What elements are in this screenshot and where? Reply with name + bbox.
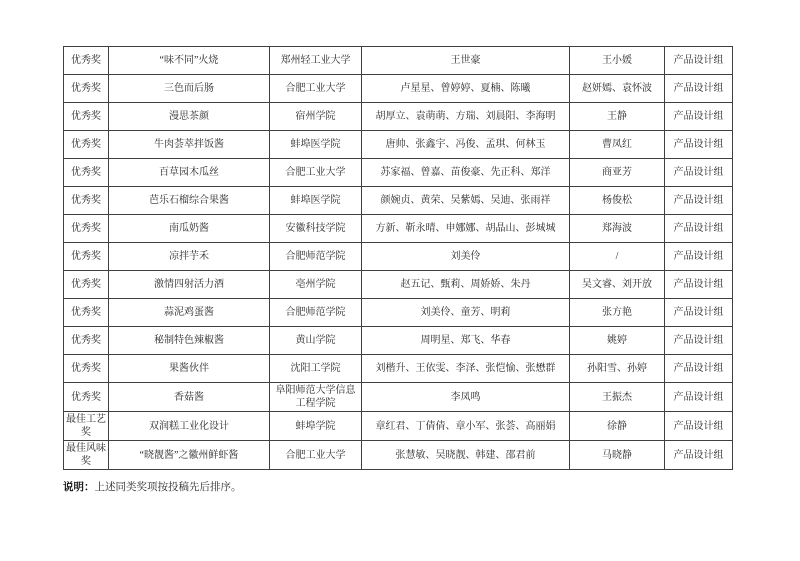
- cell-members: 胡厚立、袁萌萌、方瑞、刘晨阳、李海明: [362, 103, 570, 131]
- cell-group: 产品设计组: [665, 299, 733, 327]
- cell-award: 优秀奖: [64, 131, 109, 159]
- table-row: 优秀奖凉拌芋禾合肥师范学院刘美伶/产品设计组: [64, 243, 733, 271]
- cell-group: 产品设计组: [665, 441, 733, 470]
- cell-award: 优秀奖: [64, 215, 109, 243]
- cell-group: 产品设计组: [665, 243, 733, 271]
- cell-award: 优秀奖: [64, 327, 109, 355]
- cell-university: 合肥师范学院: [270, 299, 362, 327]
- cell-product: 凉拌芋禾: [109, 243, 270, 271]
- cell-award: 最佳工艺奖: [64, 412, 109, 441]
- cell-product: 芭乐石榴综合果酱: [109, 187, 270, 215]
- cell-members: 刘美伶: [362, 243, 570, 271]
- document-page: 优秀奖“味不同”火烧郑州轻工业大学王世豪王小媛产品设计组优秀奖三色而后肠合肥工业…: [0, 0, 800, 561]
- cell-group: 产品设计组: [665, 271, 733, 299]
- cell-advisors: 姚婷: [570, 327, 665, 355]
- cell-product: 漫思茶颜: [109, 103, 270, 131]
- cell-product: “晓靓酱”之徽州鲜虾酱: [109, 441, 270, 470]
- cell-award: 优秀奖: [64, 243, 109, 271]
- table-row: 优秀奖蒜泥鸡蛋酱合肥师范学院刘美伶、童芳、明莉张方艳产品设计组: [64, 299, 733, 327]
- cell-members: 苏家福、曾嘉、苗俊豪、先正科、郑洋: [362, 159, 570, 187]
- cell-advisors: 孙阳雪、孙婷: [570, 355, 665, 383]
- table-row: 优秀奖秘制特色辣椒酱黄山学院周明星、郑飞、华春姚婷产品设计组: [64, 327, 733, 355]
- cell-product: 南瓜奶酱: [109, 215, 270, 243]
- cell-members: 刘美伶、童芳、明莉: [362, 299, 570, 327]
- cell-award: 优秀奖: [64, 299, 109, 327]
- cell-university: 黄山学院: [270, 327, 362, 355]
- note: 说明：上述同类奖项按投稿先后排序。: [63, 481, 242, 495]
- note-text: 上述同类奖项按投稿先后排序。: [95, 482, 242, 493]
- cell-members: 颜婉贞、黄荣、吴紫嫣、吴迪、张雨祥: [362, 187, 570, 215]
- cell-members: 张慧敏、吴晓靓、韩建、邵君前: [362, 441, 570, 470]
- cell-university: 亳州学院: [270, 271, 362, 299]
- awards-table: 优秀奖“味不同”火烧郑州轻工业大学王世豪王小媛产品设计组优秀奖三色而后肠合肥工业…: [63, 46, 733, 470]
- cell-group: 产品设计组: [665, 103, 733, 131]
- cell-product: 牛肉荟萃拌饭酱: [109, 131, 270, 159]
- cell-members: 卢星星、曾婷婷、夏楠、陈曦: [362, 75, 570, 103]
- cell-university: 宿州学院: [270, 103, 362, 131]
- table-row: 优秀奖“味不同”火烧郑州轻工业大学王世豪王小媛产品设计组: [64, 47, 733, 75]
- cell-university: 合肥工业大学: [270, 159, 362, 187]
- cell-university: 沈阳工学院: [270, 355, 362, 383]
- cell-product: 果酱伙伴: [109, 355, 270, 383]
- cell-product: 双润糕工业化设计: [109, 412, 270, 441]
- cell-members: 方新、靳永晴、申娜娜、胡晶山、彭城城: [362, 215, 570, 243]
- cell-product: 激情四射活力酒: [109, 271, 270, 299]
- cell-product: 三色而后肠: [109, 75, 270, 103]
- cell-advisors: 王小媛: [570, 47, 665, 75]
- cell-product: 百草园木瓜丝: [109, 159, 270, 187]
- cell-advisors: /: [570, 243, 665, 271]
- cell-advisors: 王振杰: [570, 383, 665, 412]
- cell-award: 优秀奖: [64, 271, 109, 299]
- cell-group: 产品设计组: [665, 159, 733, 187]
- table-row: 优秀奖牛肉荟萃拌饭酱蚌埠医学院唐帅、张鑫宇、冯俊、孟琪、何林玉曹凤红产品设计组: [64, 131, 733, 159]
- table-row: 优秀奖激情四射活力酒亳州学院赵五记、甄莉、周娇娇、朱丹吴文睿、刘开放产品设计组: [64, 271, 733, 299]
- cell-university: 合肥师范学院: [270, 243, 362, 271]
- cell-group: 产品设计组: [665, 75, 733, 103]
- cell-group: 产品设计组: [665, 215, 733, 243]
- cell-award: 优秀奖: [64, 187, 109, 215]
- table-row: 最佳工艺奖双润糕工业化设计蚌埠学院章红君、丁倩倩、章小军、张荟、高丽娟徐静产品设…: [64, 412, 733, 441]
- cell-award: 优秀奖: [64, 159, 109, 187]
- cell-university: 蚌埠医学院: [270, 131, 362, 159]
- cell-advisors: 杨俊松: [570, 187, 665, 215]
- cell-product: 香菇酱: [109, 383, 270, 412]
- cell-product: “味不同”火烧: [109, 47, 270, 75]
- cell-group: 产品设计组: [665, 412, 733, 441]
- cell-university: 合肥工业大学: [270, 441, 362, 470]
- cell-product: 蒜泥鸡蛋酱: [109, 299, 270, 327]
- cell-award: 优秀奖: [64, 47, 109, 75]
- cell-members: 唐帅、张鑫宇、冯俊、孟琪、何林玉: [362, 131, 570, 159]
- cell-award: 最佳风味奖: [64, 441, 109, 470]
- cell-group: 产品设计组: [665, 327, 733, 355]
- cell-award: 优秀奖: [64, 383, 109, 412]
- cell-group: 产品设计组: [665, 355, 733, 383]
- cell-members: 王世豪: [362, 47, 570, 75]
- table-row: 优秀奖南瓜奶酱安徽科技学院方新、靳永晴、申娜娜、胡晶山、彭城城郑海波产品设计组: [64, 215, 733, 243]
- cell-product: 秘制特色辣椒酱: [109, 327, 270, 355]
- cell-university: 安徽科技学院: [270, 215, 362, 243]
- cell-university: 合肥工业大学: [270, 75, 362, 103]
- cell-members: 章红君、丁倩倩、章小军、张荟、高丽娟: [362, 412, 570, 441]
- cell-advisors: 吴文睿、刘开放: [570, 271, 665, 299]
- cell-members: 周明星、郑飞、华春: [362, 327, 570, 355]
- cell-group: 产品设计组: [665, 187, 733, 215]
- cell-members: 赵五记、甄莉、周娇娇、朱丹: [362, 271, 570, 299]
- cell-university: 蚌埠学院: [270, 412, 362, 441]
- table-row: 优秀奖果酱伙伴沈阳工学院刘楷升、王依雯、李泽、张恺愉、张懋群孙阳雪、孙婷产品设计…: [64, 355, 733, 383]
- cell-award: 优秀奖: [64, 75, 109, 103]
- cell-advisors: 赵妍嫣、袁怀波: [570, 75, 665, 103]
- awards-table-body: 优秀奖“味不同”火烧郑州轻工业大学王世豪王小媛产品设计组优秀奖三色而后肠合肥工业…: [64, 47, 733, 470]
- cell-advisors: 徐静: [570, 412, 665, 441]
- cell-group: 产品设计组: [665, 47, 733, 75]
- cell-advisors: 商亚芳: [570, 159, 665, 187]
- note-label: 说明：: [63, 482, 95, 493]
- cell-members: 刘楷升、王依雯、李泽、张恺愉、张懋群: [362, 355, 570, 383]
- cell-advisors: 马晓静: [570, 441, 665, 470]
- cell-advisors: 王静: [570, 103, 665, 131]
- cell-advisors: 曹凤红: [570, 131, 665, 159]
- cell-university: 蚌埠医学院: [270, 187, 362, 215]
- table-row: 优秀奖百草园木瓜丝合肥工业大学苏家福、曾嘉、苗俊豪、先正科、郑洋商亚芳产品设计组: [64, 159, 733, 187]
- cell-award: 优秀奖: [64, 103, 109, 131]
- table-row: 优秀奖芭乐石榴综合果酱蚌埠医学院颜婉贞、黄荣、吴紫嫣、吴迪、张雨祥杨俊松产品设计…: [64, 187, 733, 215]
- cell-members: 李凤鸣: [362, 383, 570, 412]
- table-row: 最佳风味奖“晓靓酱”之徽州鲜虾酱合肥工业大学张慧敏、吴晓靓、韩建、邵君前马晓静产…: [64, 441, 733, 470]
- table-row: 优秀奖香菇酱阜阳师范大学信息工程学院李凤鸣王振杰产品设计组: [64, 383, 733, 412]
- cell-award: 优秀奖: [64, 355, 109, 383]
- table-row: 优秀奖漫思茶颜宿州学院胡厚立、袁萌萌、方瑞、刘晨阳、李海明王静产品设计组: [64, 103, 733, 131]
- cell-group: 产品设计组: [665, 131, 733, 159]
- cell-university: 阜阳师范大学信息工程学院: [270, 383, 362, 412]
- cell-university: 郑州轻工业大学: [270, 47, 362, 75]
- cell-advisors: 张方艳: [570, 299, 665, 327]
- table-row: 优秀奖三色而后肠合肥工业大学卢星星、曾婷婷、夏楠、陈曦赵妍嫣、袁怀波产品设计组: [64, 75, 733, 103]
- cell-group: 产品设计组: [665, 383, 733, 412]
- cell-advisors: 郑海波: [570, 215, 665, 243]
